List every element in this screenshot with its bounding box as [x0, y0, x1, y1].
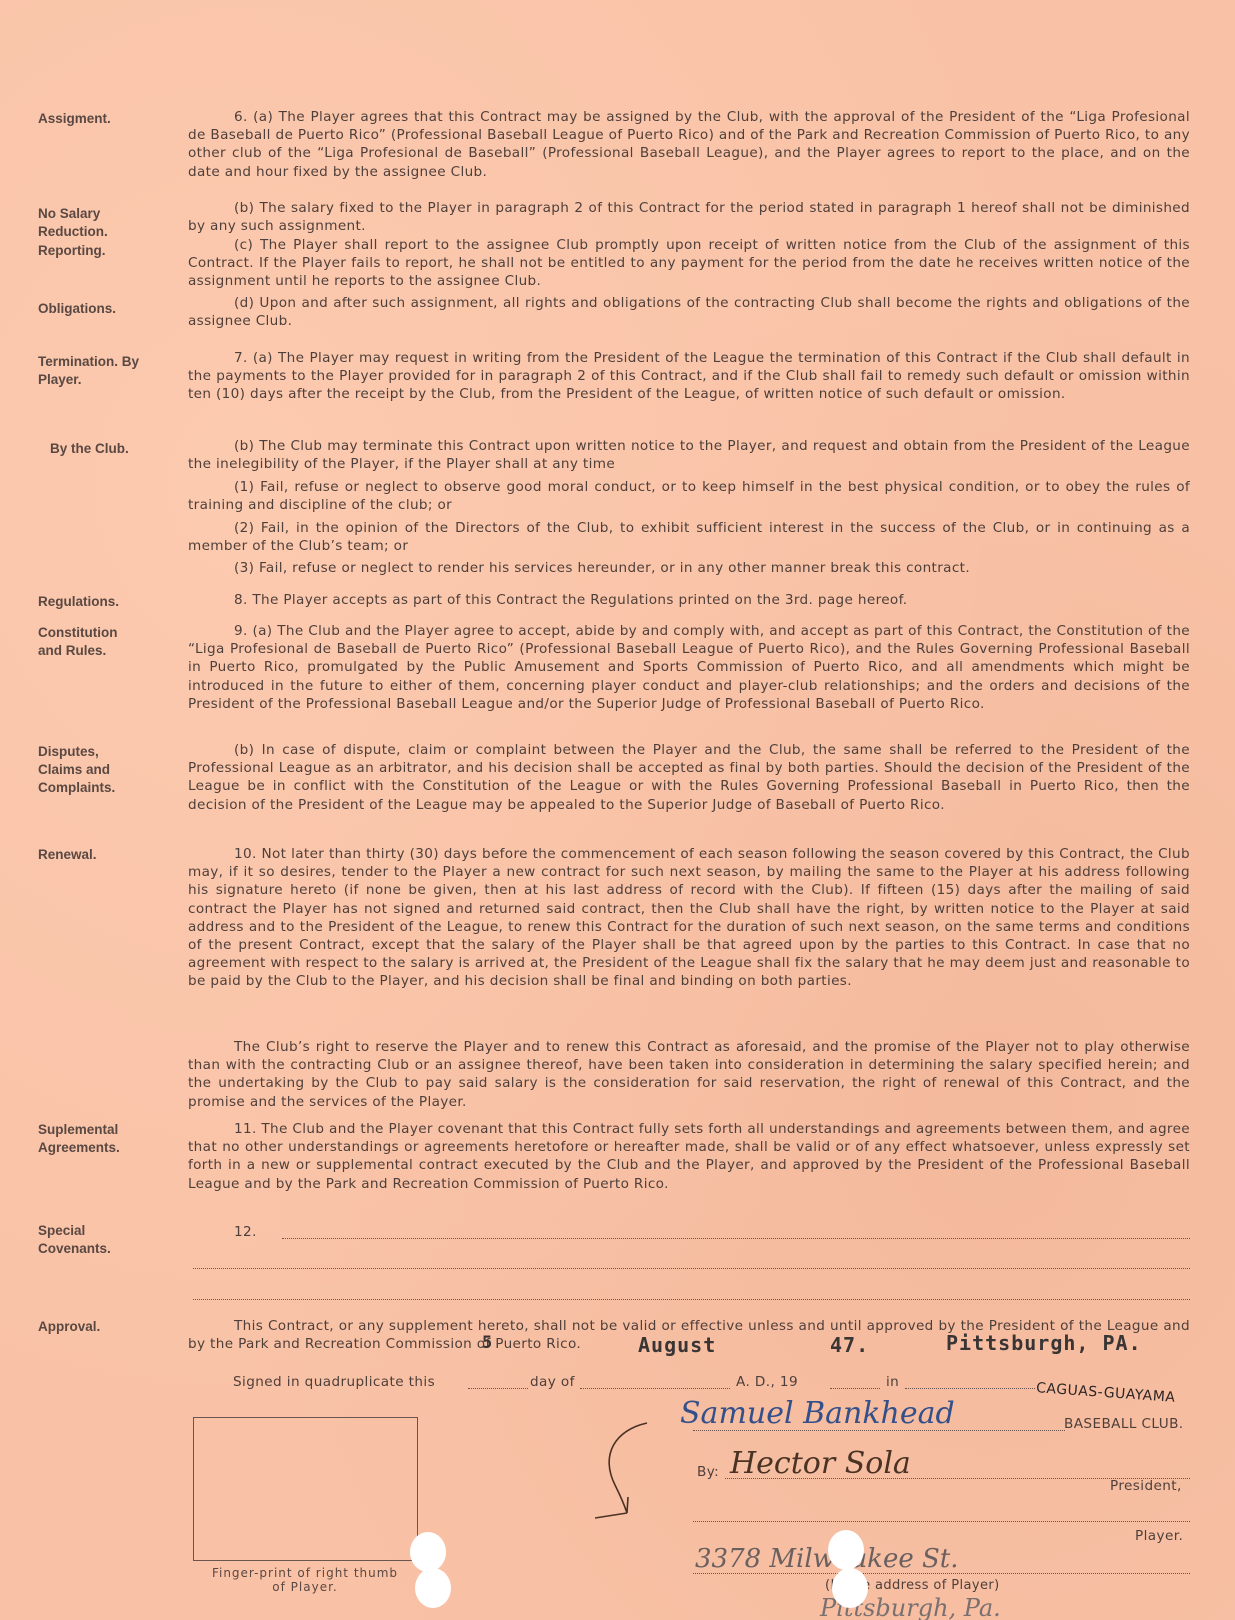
margin-label-assignment: Assigment.	[38, 110, 158, 128]
clause-6b: (b) The salary fixed to the Player in pa…	[188, 199, 1190, 235]
fingerprint-caption: Finger-print of right thumb of Player.	[190, 1566, 420, 1594]
in-text: in	[886, 1374, 899, 1390]
president-signature: Hector Sola	[730, 1446, 911, 1481]
typed-day: 5	[482, 1333, 493, 1353]
margin-label-special-covenants: Special Covenants.	[38, 1222, 138, 1258]
day-of-text: day of	[530, 1374, 575, 1390]
margin-label-reporting: Reporting.	[38, 242, 158, 260]
address-line[interactable]	[693, 1573, 1190, 1574]
clause-12-number: 12.	[234, 1224, 257, 1240]
player-signature-line[interactable]	[693, 1521, 1190, 1522]
margin-label-regulations: Regulations.	[38, 593, 158, 611]
clause-9b: (b) In case of dispute, claim or complai…	[188, 741, 1190, 814]
special-covenants-line-1[interactable]	[282, 1238, 1190, 1239]
clause-11: 11. The Club and the Player covenant tha…	[188, 1120, 1190, 1193]
baseball-club-label: BASEBALL CLUB.	[1064, 1416, 1184, 1432]
fingerprint-box[interactable]	[193, 1417, 418, 1561]
club-signature: Samuel Bankhead	[680, 1396, 955, 1431]
margin-label-approval: Approval.	[38, 1318, 158, 1336]
special-covenants-line-2[interactable]	[193, 1268, 1190, 1269]
clause-7b-3: (3) Fail, refuse or neglect to render hi…	[188, 559, 1190, 577]
typed-year: 47.	[830, 1333, 869, 1357]
club-line[interactable]	[693, 1430, 1065, 1431]
address-handwritten: 3378 Milwaukee St.	[695, 1544, 959, 1574]
contract-page: Assigment. 6. (a) The Player agrees that…	[0, 0, 1235, 1620]
clause-7b-1: (1) Fail, refuse or neglect to observe g…	[188, 478, 1190, 514]
signed-in-text: Signed in quadruplicate this	[233, 1374, 435, 1390]
day-blank[interactable]	[468, 1388, 528, 1389]
place-blank[interactable]	[905, 1388, 1035, 1389]
clause-6a: 6. (a) The Player agrees that this Contr…	[188, 108, 1190, 181]
president-label: President,	[1110, 1478, 1182, 1494]
clause-7a: 7. (a) The Player may request in writing…	[188, 349, 1190, 404]
clause-10-reserve: The Club’s right to reserve the Player a…	[188, 1038, 1190, 1111]
typed-place: Pittsburgh, PA.	[946, 1331, 1142, 1355]
fingerprint-caption-line-1: Finger-print of right thumb	[190, 1566, 420, 1580]
month-blank[interactable]	[580, 1388, 730, 1389]
player-label: Player.	[1135, 1528, 1183, 1544]
clause-10: 10. Not later than thirty (30) days befo…	[188, 845, 1190, 991]
margin-label-supplemental-agreements: Suplemental Agreements.	[38, 1121, 148, 1157]
clause-7b: (b) The Club may terminate this Contract…	[188, 437, 1190, 473]
club-name-handwritten: CAGUAS-GUAYAMA	[1036, 1380, 1176, 1406]
margin-label-constitution-and-rules: Constitution and Rules.	[38, 624, 138, 660]
punch-hole	[828, 1530, 864, 1570]
clause-9a: 9. (a) The Club and the Player agree to …	[188, 622, 1190, 713]
clause-8: 8. The Player accepts as part of this Co…	[188, 591, 1190, 609]
margin-label-renewal: Renewal.	[38, 846, 158, 864]
margin-label-by-the-club: By the Club.	[38, 440, 170, 458]
ad-text: A. D., 19	[736, 1374, 798, 1390]
margin-label-obligations: Obligations.	[38, 300, 158, 318]
typed-month: August	[638, 1333, 716, 1357]
clause-7b-2: (2) Fail, in the opinion of the Director…	[188, 519, 1190, 555]
clause-6d: (d) Upon and after such assignment, all …	[188, 294, 1190, 330]
hand-drawn-arrow-icon	[595, 1415, 655, 1520]
by-label: By:	[697, 1464, 719, 1480]
special-covenants-line-3[interactable]	[193, 1299, 1190, 1300]
fingerprint-caption-line-2: of Player.	[190, 1580, 420, 1594]
margin-label-termination-by-player: Termination. By Player.	[38, 353, 148, 389]
year-blank[interactable]	[830, 1388, 880, 1389]
margin-label-disputes: Disputes, Claims and Complaints.	[38, 743, 138, 797]
margin-label-no-salary-reduction: No Salary Reduction.	[38, 205, 138, 241]
punch-hole	[410, 1532, 446, 1572]
clause-6c: (c) The Player shall report to the assig…	[188, 236, 1190, 291]
punch-hole	[415, 1568, 451, 1608]
punch-hole	[832, 1568, 868, 1608]
